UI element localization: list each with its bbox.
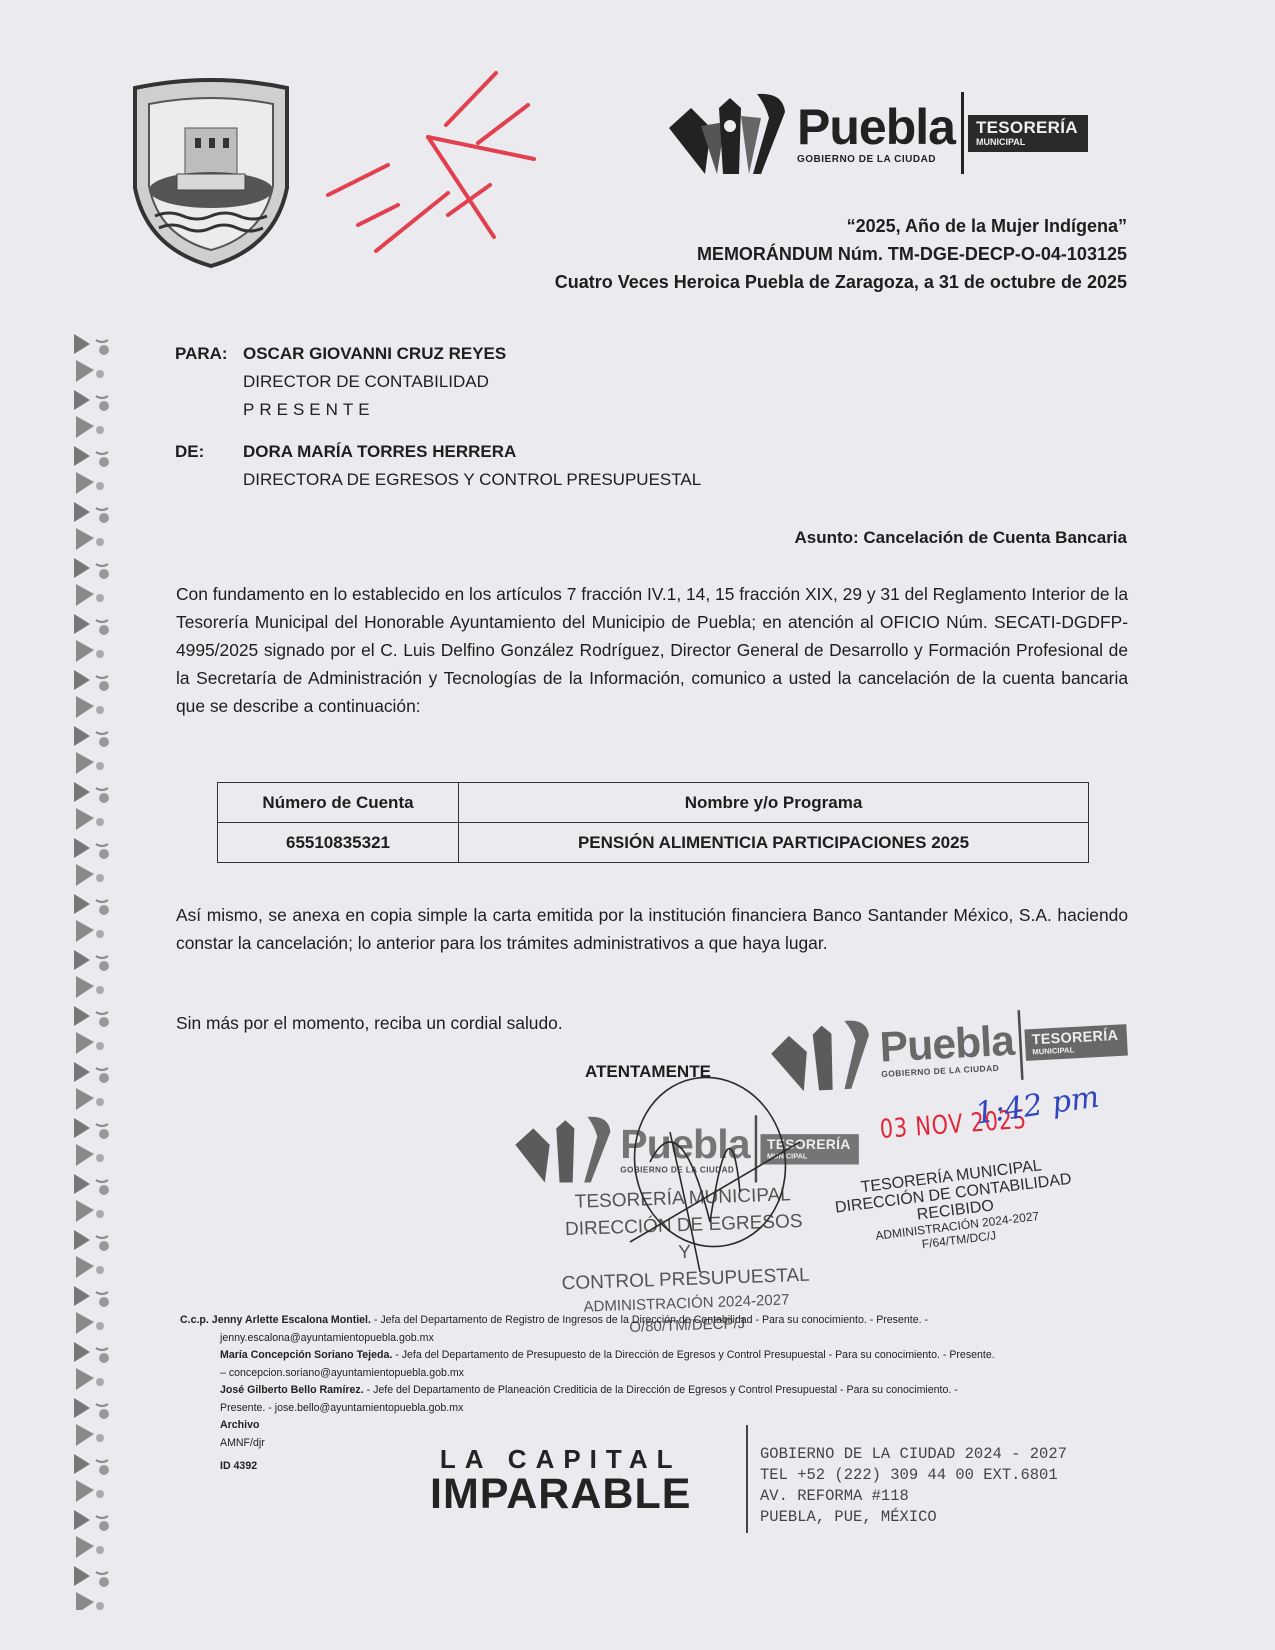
- year-motto: “2025, Año de la Mujer Indígena”: [555, 212, 1127, 240]
- cc-entry: María Concepción Soriano Tejeda. - Jefa …: [180, 1347, 1140, 1365]
- presente-label: PRESENTE: [243, 396, 375, 424]
- table-header-row: Número de Cuenta Nombre y/o Programa: [218, 783, 1089, 823]
- cc-name: Jenny Arlette Escalona Montiel.: [212, 1314, 371, 1326]
- cc-text: - Jefe del Departamento de Planeación Cr…: [364, 1384, 958, 1396]
- cc-name: José Gilberto Bello Ramírez.: [220, 1384, 364, 1396]
- memo-number: MEMORÁNDUM Núm. TM-DGE-DECP-O-04-103125: [555, 240, 1127, 268]
- slogan-bottom: IMPARABLE: [430, 1473, 691, 1515]
- cc-email: Presente. - jose.bello@ayuntamientopuebl…: [180, 1400, 1140, 1418]
- cc-email: – concepcion.soriano@ayuntamientopuebla.…: [180, 1365, 1140, 1383]
- memo-header: “2025, Año de la Mujer Indígena” MEMORÁN…: [555, 212, 1127, 296]
- handwritten-signature: [590, 1072, 820, 1292]
- slogan-top: LA CAPITAL: [430, 1445, 691, 1473]
- account-table: Número de Cuenta Nombre y/o Programa 655…: [217, 782, 1089, 863]
- decorative-border: [70, 330, 116, 1610]
- from-label: DE:: [175, 438, 243, 466]
- cc-entry: C.c.p. Jenny Arlette Escalona Montiel. -…: [180, 1312, 1140, 1330]
- footer-address: GOBIERNO DE LA CIUDAD 2024 - 2027 TEL +5…: [760, 1444, 1067, 1528]
- logo-wordmark: Puebla: [797, 102, 955, 152]
- city-skyline-logo-icon: [665, 88, 793, 178]
- badge-title: TESORERÍA: [976, 119, 1078, 137]
- la-capital-imparable-logo: LA CAPITAL IMPARABLE: [430, 1445, 691, 1515]
- subject-line: Asunto: Cancelación de Cuenta Bancaria: [794, 528, 1127, 548]
- badge-subtitle: MUNICIPAL: [976, 137, 1078, 147]
- stamp-wordmark: Puebla: [879, 1019, 1015, 1068]
- body-paragraph-1: Con fundamento en lo establecido en los …: [176, 580, 1128, 720]
- archive-label: Archivo: [220, 1419, 259, 1431]
- footer-line: AV. REFORMA #118: [760, 1486, 1067, 1507]
- program-name-cell: PENSIÓN ALIMENTICIA PARTICIPACIONES 2025: [459, 823, 1089, 863]
- sender-name: DORA MARÍA TORRES HERRERA: [243, 438, 516, 466]
- footer-line: TEL +52 (222) 309 44 00 EXT.6801: [760, 1465, 1067, 1486]
- cc-email: jenny.escalona@ayuntamientopuebla.gob.mx: [180, 1330, 1140, 1348]
- puebla-tesoreria-logo: Puebla GOBIERNO DE LA CIUDAD TESORERÍA M…: [665, 88, 1088, 178]
- logo-divider: [961, 92, 964, 174]
- handwritten-red-mark: [318, 55, 548, 265]
- cc-text: - Jefa del Departamento de Registro de I…: [371, 1314, 928, 1326]
- cc-text: - Jefa del Departamento de Presupuesto d…: [392, 1349, 994, 1361]
- body-paragraph-2: Así mismo, se anexa en copia simple la c…: [176, 901, 1128, 957]
- column-header-program-name: Nombre y/o Programa: [459, 783, 1089, 823]
- column-header-account-number: Número de Cuenta: [218, 783, 459, 823]
- account-number-cell: 65510835321: [218, 823, 459, 863]
- cc-entry: José Gilberto Bello Ramírez. - Jefe del …: [180, 1382, 1140, 1400]
- tesoreria-badge: TESORERÍA MUNICIPAL: [968, 115, 1088, 152]
- addressee-block: PARA:OSCAR GIOVANNI CRUZ REYES DIRECTOR …: [175, 340, 701, 494]
- cc-prefix: C.c.p.: [180, 1314, 209, 1326]
- place-date: Cuatro Veces Heroica Puebla de Zaragoza,…: [555, 268, 1127, 296]
- received-stamp-text: TESORERÍA MUNICIPAL DIRECCIÓN DE CONTABI…: [826, 1153, 1084, 1262]
- to-label: PARA:: [175, 340, 243, 368]
- coat-of-arms-icon: [125, 78, 297, 270]
- logo-subtitle: GOBIERNO DE LA CIUDAD: [797, 154, 936, 165]
- footer-line: PUEBLA, PUE, MÉXICO: [760, 1507, 1067, 1528]
- recipient-title: DIRECTOR DE CONTABILIDAD: [243, 368, 489, 396]
- footer-divider: [746, 1425, 748, 1533]
- handwritten-time: 1:42 pm: [973, 1080, 1101, 1132]
- cc-name: María Concepción Soriano Tejeda.: [220, 1349, 392, 1361]
- recipient-name: OSCAR GIOVANNI CRUZ REYES: [243, 340, 506, 368]
- footer-line: GOBIERNO DE LA CIUDAD 2024 - 2027: [760, 1444, 1067, 1465]
- document-id: ID 4392: [220, 1460, 257, 1472]
- sender-title: DIRECTORA DE EGRESOS Y CONTROL PRESUPUES…: [243, 466, 701, 494]
- table-row: 65510835321 PENSIÓN ALIMENTICIA PARTICIP…: [218, 823, 1089, 863]
